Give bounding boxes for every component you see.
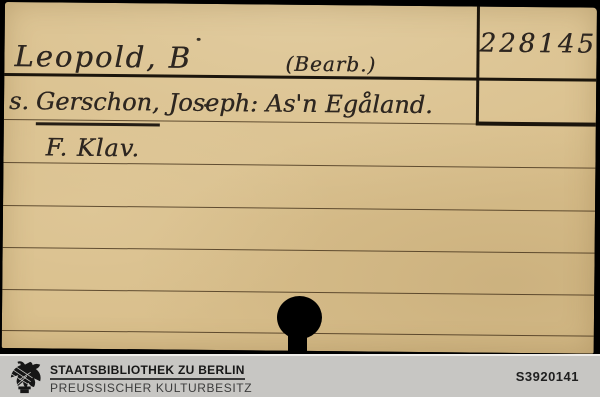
ruled-line: [2, 289, 594, 296]
ink-speck: [204, 104, 207, 107]
ruled-line: [3, 162, 595, 169]
ruled-line: [3, 205, 595, 212]
instrumentation-note: F. Klav.: [45, 133, 140, 162]
ink-speck: [197, 38, 201, 41]
punch-hole-slot: [288, 325, 307, 355]
scan-id: S3920141: [516, 369, 579, 384]
author-role: (Bearb.): [285, 52, 376, 77]
ruled-line: [3, 247, 595, 254]
library-identity: STAATSBIBLIOTHEK ZU BERLIN PREUSSISCHER …: [50, 361, 252, 395]
library-name: STAATSBIBLIOTHEK ZU BERLIN: [50, 363, 245, 380]
catalog-number: 228145: [479, 29, 593, 60]
prussian-eagle-icon: [6, 359, 44, 395]
number-box-divider: [476, 7, 480, 126]
reference-title: Joseph: As'n Egåland.: [168, 89, 432, 120]
number-box-bottom-line: [476, 122, 596, 127]
library-subtitle: PREUSSISCHER KULTURBESITZ: [50, 381, 252, 395]
reference-line: s.Gerschon,Joseph: As'n Egåland.: [9, 87, 433, 119]
reference-see-abbrev: s.: [9, 87, 29, 115]
library-footer-bar: STAATSBIBLIOTHEK ZU BERLIN PREUSSISCHER …: [0, 354, 600, 397]
author-name: Leopold, B: [14, 39, 192, 75]
reference-name-underlined: Gerschon,: [36, 87, 160, 126]
ruled-lines: [5, 2, 597, 8]
